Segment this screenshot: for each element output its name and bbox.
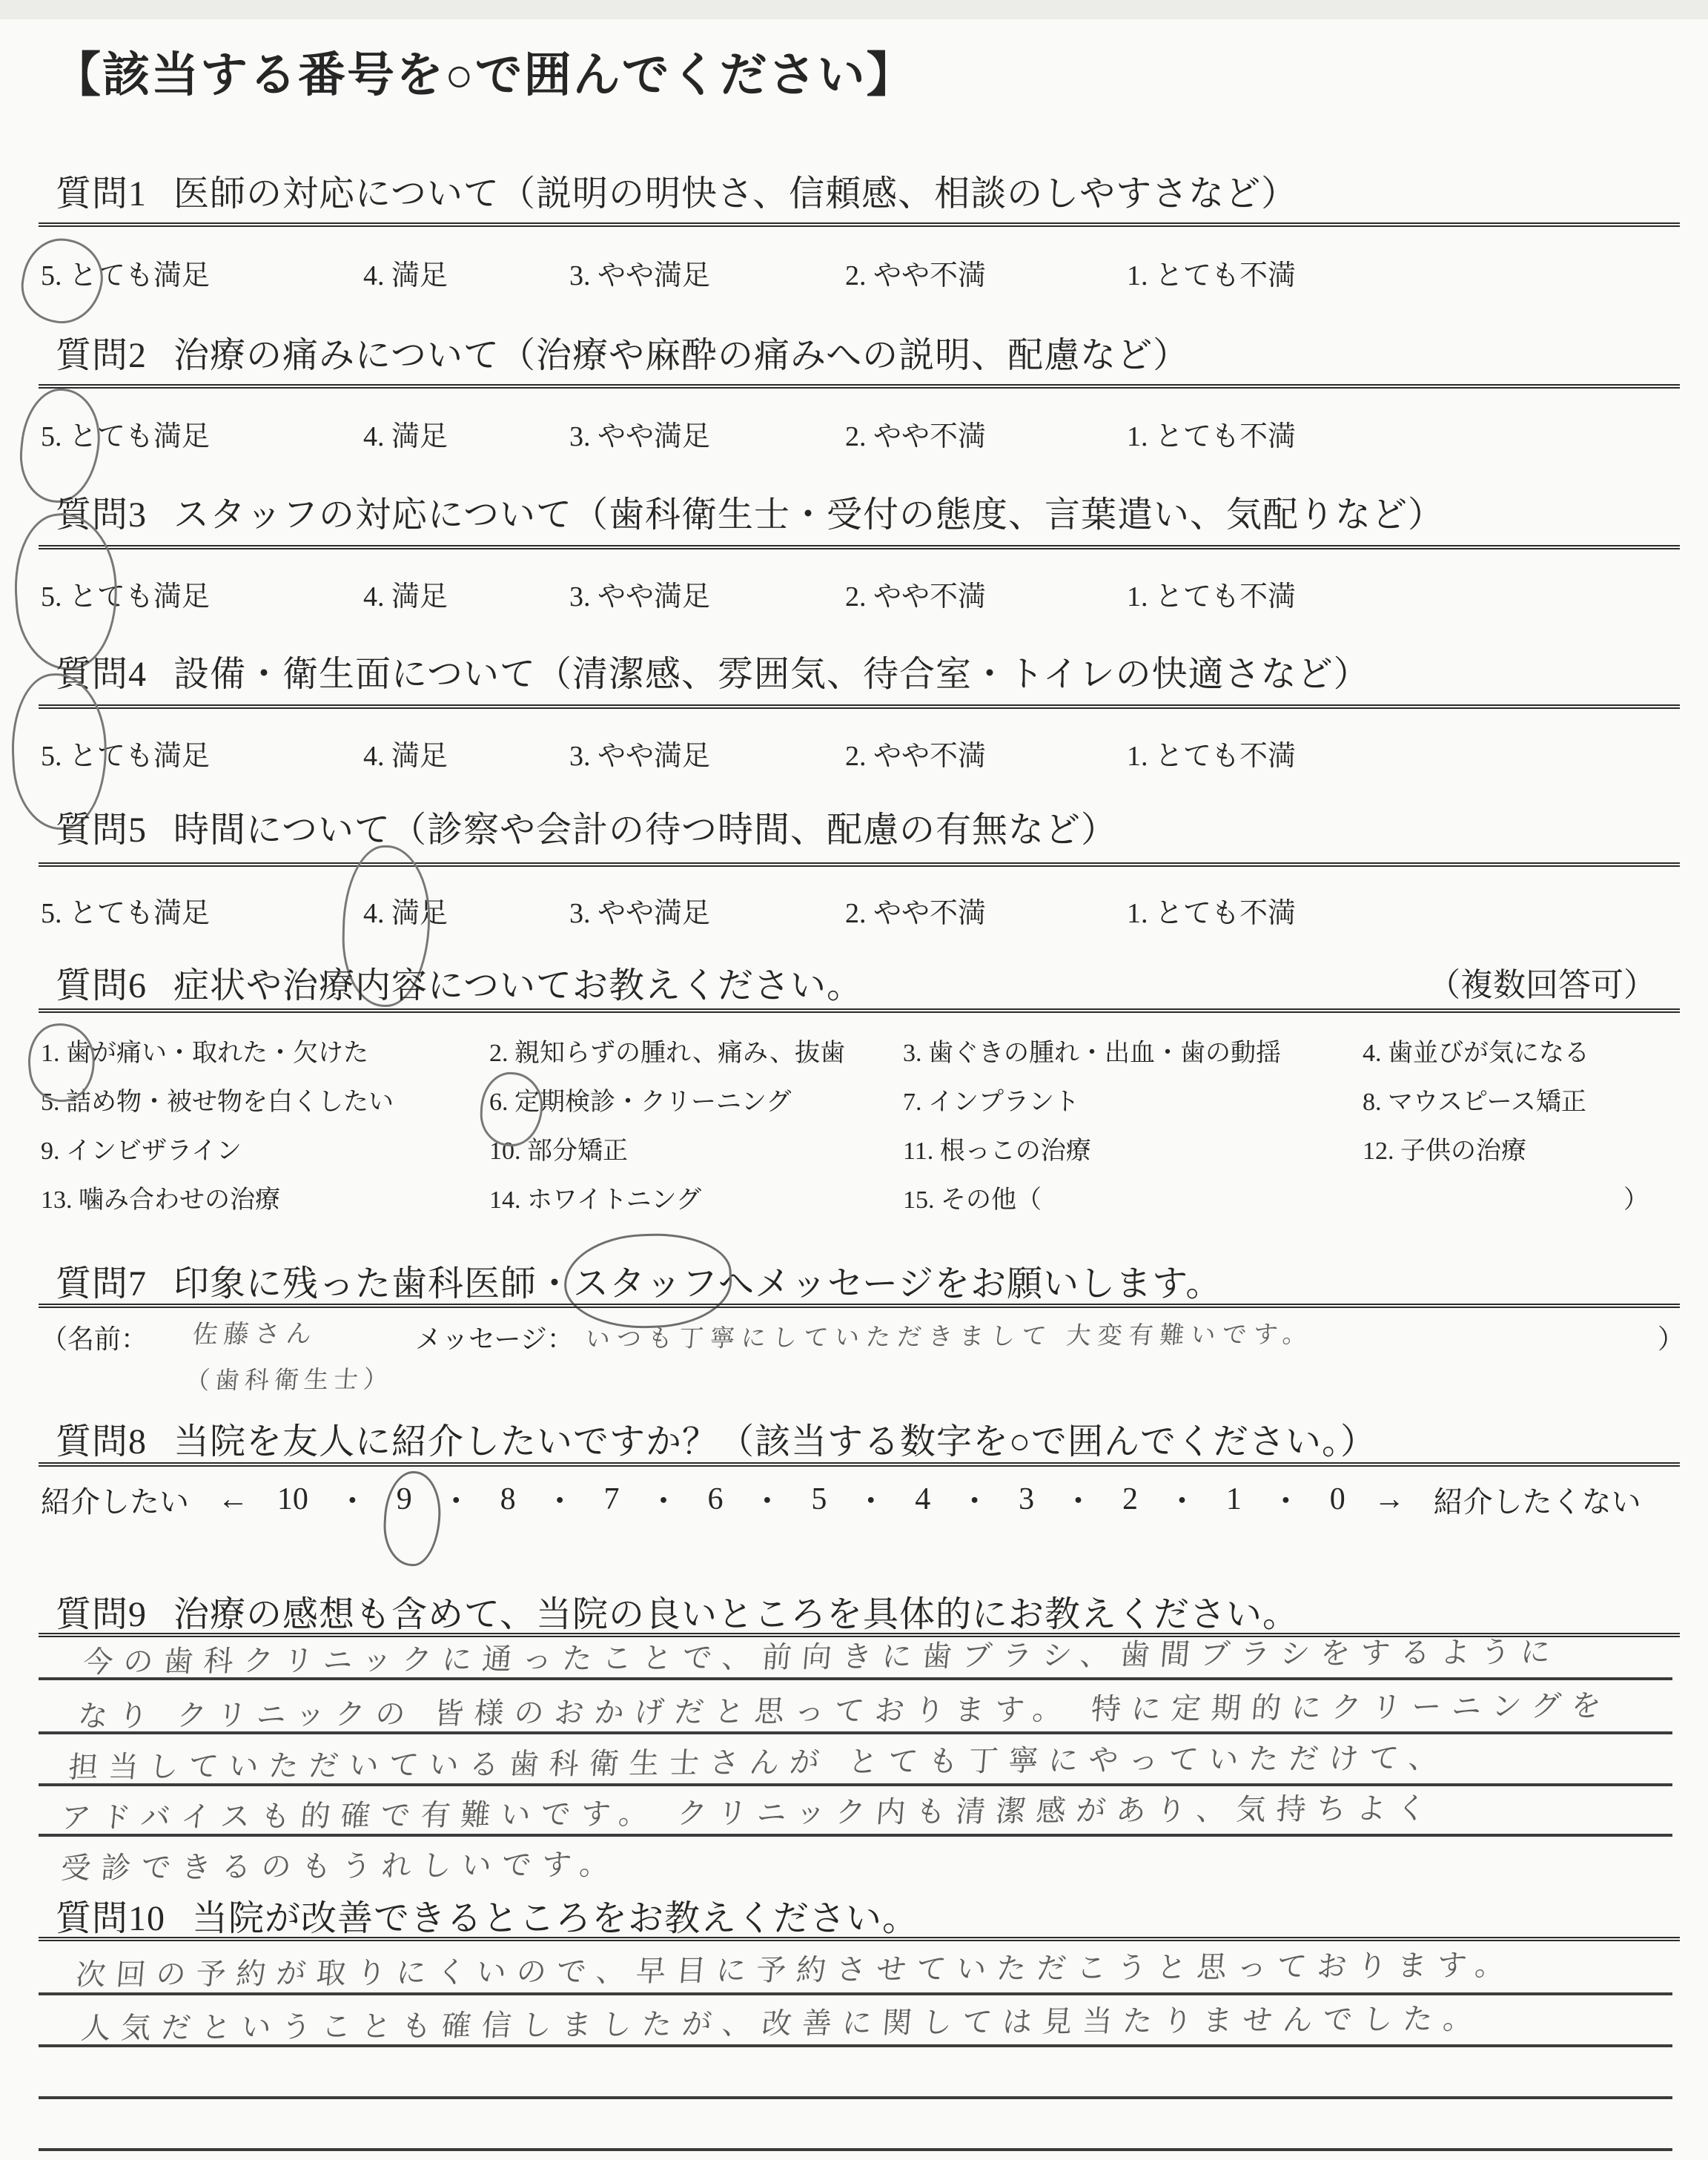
q10-writing-line3 bbox=[39, 2096, 1672, 2099]
q2-label: 質問2 bbox=[56, 336, 147, 375]
q8-dot: ・ bbox=[959, 1477, 990, 1522]
q6-label: 質問6 bbox=[56, 966, 147, 1005]
q2-option-3: 3. やや満足 bbox=[569, 413, 710, 454]
q8-right-label: 紹介したくない bbox=[1434, 1479, 1641, 1521]
q5-label: 質問5 bbox=[56, 810, 147, 850]
q6-item-3: 3. 歯ぐきの腫れ・出血・歯の動揺 bbox=[903, 1032, 1281, 1069]
q5-header: 質問5時間について（診察や会計の待つ時間、配慮の有無など） bbox=[56, 801, 1117, 852]
q6-item-14: 14. ホワイトニング bbox=[489, 1179, 701, 1215]
q1-label: 質問1 bbox=[56, 174, 147, 214]
q9-writing-line4 bbox=[39, 1834, 1672, 1837]
q5-options: 5. とても満足 4. 満足 3. やや満足 2. やや不満 1. とても不満 bbox=[0, 890, 1708, 934]
q8-number-4: 4 bbox=[915, 1482, 930, 1517]
q8-title: 当院を友人に紹介したいですか？（該当する数字を○で囲んでください。） bbox=[173, 1422, 1377, 1462]
q8-header: 質問8当院を友人に紹介したいですか？（該当する数字を○で囲んでください。） bbox=[56, 1413, 1377, 1464]
q10-handwriting-line1: 次回の予約が取りにくいので、早目に予約させていただこうと思っております。 bbox=[74, 1941, 1517, 1994]
q6-title: 症状や治療内容についてお教えください。 bbox=[173, 966, 863, 1005]
q3-option-3: 3. やや満足 bbox=[569, 573, 710, 614]
q7-header: 質問7印象に残った歯科医師・スタッフへメッセージをお願いします。 bbox=[56, 1255, 1222, 1306]
q8-right-arrow: → bbox=[1374, 1482, 1405, 1517]
q9-title: 治療の感想も含めて、当院の良いところを具体的にお教えください。 bbox=[173, 1595, 1299, 1634]
q8-dot: ・ bbox=[1166, 1477, 1197, 1522]
q1-option-4: 4. 満足 bbox=[363, 252, 448, 293]
q4-header: 質問4設備・衛生面について（清潔感、雰囲気、待合室・トイレの快適さなど） bbox=[56, 645, 1370, 696]
q6-item-11: 11. 根っこの治療 bbox=[903, 1130, 1091, 1166]
q7-title-circled-word: スタッフ bbox=[573, 1255, 718, 1306]
q5-option-5: 5. とても満足 bbox=[41, 890, 210, 931]
q1-handwritten-circle bbox=[16, 232, 109, 329]
q9-handwriting-line4: アドバイスも的確で有難いです。 クリニック内も清潔感があり、気持ちよく bbox=[59, 1785, 1438, 1837]
q4-option-4: 4. 満足 bbox=[363, 733, 448, 773]
q9-handwriting-line3: 担当していただいている歯科衛生士さんが とても丁寧にやっていただけて、 bbox=[67, 1734, 1450, 1786]
q8-number-1: 1 bbox=[1226, 1482, 1242, 1517]
q6-item-15: 15. その他（ bbox=[903, 1179, 1042, 1215]
q6-item-5: 5. 詰め物・被せ物を白くしたい bbox=[41, 1081, 394, 1117]
q8-left-label: 紹介したい bbox=[41, 1479, 189, 1521]
form-title: 【該当する番号を○で囲んでください】 bbox=[53, 37, 916, 105]
q8-dot: ・ bbox=[1063, 1477, 1094, 1522]
q8-left-arrow: ← bbox=[217, 1482, 248, 1517]
q7-message-handwriting: いつも丁寧にしていただきまして 大変有難いです。 bbox=[584, 1315, 1315, 1355]
q8-rule bbox=[39, 1462, 1680, 1467]
q10-label: 質問10 bbox=[56, 1899, 165, 1938]
q6-header: 質問6症状や治療内容についてお教えください。 bbox=[56, 957, 863, 1008]
q4-option-3: 3. やや満足 bbox=[569, 733, 710, 773]
q8-number-9: 9 bbox=[397, 1482, 412, 1517]
q1-header: 質問1医師の対応について（説明の明快さ、信頼感、相談のしやすさなど） bbox=[56, 165, 1297, 216]
q7-name-label: （名前： bbox=[41, 1318, 148, 1356]
q3-rule bbox=[39, 545, 1680, 549]
q1-option-2: 2. やや不満 bbox=[845, 252, 986, 293]
q8-scale-row: 紹介したい ← 10 ・ 9 ・ 8 ・ 7 ・ 6 ・ 5 ・ 4 ・ 3 ・… bbox=[41, 1477, 1641, 1522]
q10-rule bbox=[39, 1937, 1680, 1941]
q7-title-part2: へメッセージをお願いします。 bbox=[718, 1264, 1222, 1304]
q6-item-15-closing-paren: ） bbox=[1623, 1179, 1649, 1215]
q4-option-2: 2. やや不満 bbox=[845, 733, 986, 773]
q3-title: スタッフの対応について（歯科衛生士・受付の態度、言葉遣い、気配りなど） bbox=[173, 495, 1444, 535]
q2-title: 治療の痛みについて（治療や麻酔の痛みへの説明、配慮など） bbox=[173, 336, 1189, 375]
q8-number-8: 8 bbox=[500, 1482, 516, 1517]
q9-header: 質問9治療の感想も含めて、当院の良いところを具体的にお教えください。 bbox=[56, 1585, 1299, 1636]
q3-option-1: 1. とても不満 bbox=[1127, 573, 1296, 614]
q3-option-4: 4. 満足 bbox=[363, 573, 448, 614]
q5-rule bbox=[39, 862, 1680, 867]
q6-item-9: 9. インビザライン bbox=[41, 1130, 242, 1166]
q5-option-3: 3. やや満足 bbox=[569, 890, 710, 931]
q7-title-part1: 印象に残った歯科医師・ bbox=[173, 1264, 573, 1304]
q1-options: 5. とても満足 4. 満足 3. やや満足 2. やや不満 1. とても不満 bbox=[0, 252, 1708, 297]
q1-title: 医師の対応について（説明の明快さ、信頼感、相談のしやすさなど） bbox=[173, 174, 1297, 214]
q4-rule bbox=[39, 704, 1680, 709]
q9-handwriting-line5: 受診できるのもうれしいです。 bbox=[59, 1841, 621, 1887]
q2-option-1: 1. とても不満 bbox=[1127, 413, 1296, 454]
q7-closing-paren: ） bbox=[1658, 1318, 1684, 1356]
q6-note: （複数回答可） bbox=[1428, 958, 1656, 1005]
q8-dot: ・ bbox=[337, 1477, 368, 1522]
q6-item-13: 13. 噛み合わせの治療 bbox=[41, 1179, 280, 1215]
q10-handwriting-line2: 人気だということも確信しましたが、改善に関しては見当たりませんでした。 bbox=[79, 1995, 1485, 2047]
q7-handwritten-oval bbox=[563, 1231, 733, 1331]
q8-number-3: 3 bbox=[1019, 1482, 1034, 1517]
q6-item-7: 7. インプラント bbox=[903, 1081, 1079, 1117]
q4-title: 設備・衛生面について（清潔感、雰囲気、待合室・トイレの快適さなど） bbox=[173, 655, 1370, 694]
q7-rule bbox=[39, 1304, 1680, 1308]
q2-option-4: 4. 満足 bbox=[363, 413, 448, 454]
q7-name-handwriting: 佐藤さん bbox=[191, 1313, 319, 1350]
q8-number-6: 6 bbox=[707, 1482, 723, 1517]
q4-option-1: 1. とても不満 bbox=[1127, 733, 1296, 773]
q2-options: 5. とても満足 4. 満足 3. やや満足 2. やや不満 1. とても不満 bbox=[0, 413, 1708, 458]
q2-header: 質問2治療の痛みについて（治療や麻酔の痛みへの説明、配慮など） bbox=[56, 326, 1189, 377]
q9-label: 質問9 bbox=[56, 1595, 147, 1634]
q6-rule bbox=[39, 1008, 1680, 1013]
q5-option-1: 1. とても不満 bbox=[1127, 890, 1296, 931]
q9-handwriting-line2: なり クリニックの 皆様のおかげだと思っております。 特に定期的にクリーニングを bbox=[76, 1682, 1613, 1735]
q1-option-1: 1. とても不満 bbox=[1127, 252, 1296, 293]
q3-header: 質問3スタッフの対応について（歯科衛生士・受付の態度、言葉遣い、気配りなど） bbox=[56, 486, 1444, 537]
q3-options: 5. とても満足 4. 満足 3. やや満足 2. やや不満 1. とても不満 bbox=[0, 573, 1708, 618]
q6-item-12: 12. 子供の治療 bbox=[1363, 1130, 1526, 1166]
q5-title: 時間について（診察や会計の待つ時間、配慮の有無など） bbox=[173, 810, 1117, 850]
q8-handwritten-circle bbox=[381, 1470, 443, 1568]
q4-options: 5. とても満足 4. 満足 3. やや満足 2. やや不満 1. とても不満 bbox=[0, 733, 1708, 777]
survey-sheet: 【該当する番号を○で囲んでください】 質問1医師の対応について（説明の明快さ、信… bbox=[0, 0, 1708, 2160]
q7-message-label: メッセージ： bbox=[415, 1318, 574, 1356]
q8-dot: ・ bbox=[752, 1477, 783, 1522]
q8-number-2: 2 bbox=[1122, 1482, 1138, 1517]
q10-title: 当院が改善できるところをお教えください。 bbox=[192, 1899, 918, 1938]
q8-dot: ・ bbox=[855, 1477, 887, 1522]
q1-rule bbox=[39, 222, 1680, 227]
q10-writing-line4 bbox=[39, 2148, 1672, 2151]
q7-label: 質問7 bbox=[56, 1264, 147, 1304]
q8-number-7: 7 bbox=[604, 1482, 620, 1517]
q2-rule bbox=[39, 384, 1680, 389]
q2-option-2: 2. やや不満 bbox=[845, 413, 986, 454]
q10-writing-line2 bbox=[39, 2044, 1672, 2047]
q6-item-4: 4. 歯並びが気になる bbox=[1363, 1032, 1589, 1069]
q8-dot: ・ bbox=[544, 1477, 575, 1522]
q8-number-5: 5 bbox=[811, 1482, 827, 1517]
q3-option-2: 2. やや不満 bbox=[845, 573, 986, 614]
q10-header: 質問10当院が改善できるところをお教えください。 bbox=[56, 1889, 918, 1941]
q1-option-3: 3. やや満足 bbox=[569, 252, 710, 293]
q8-number-0: 0 bbox=[1330, 1482, 1345, 1517]
q8-dot: ・ bbox=[440, 1477, 471, 1522]
q7-name-note-handwriting: （歯科衛生士） bbox=[184, 1360, 394, 1396]
q6-item-8: 8. マウスピース矯正 bbox=[1363, 1081, 1586, 1117]
q5-option-2: 2. やや不満 bbox=[845, 890, 986, 931]
scan-artifact-band bbox=[0, 0, 1708, 19]
q9-writing-line1 bbox=[39, 1677, 1672, 1680]
q8-label: 質問8 bbox=[56, 1422, 147, 1462]
q8-number-10: 10 bbox=[277, 1482, 308, 1517]
q8-dot: ・ bbox=[1270, 1477, 1301, 1522]
q6-item-2: 2. 親知らずの腫れ、痛み、抜歯 bbox=[489, 1032, 845, 1069]
q8-dot: ・ bbox=[648, 1477, 679, 1522]
